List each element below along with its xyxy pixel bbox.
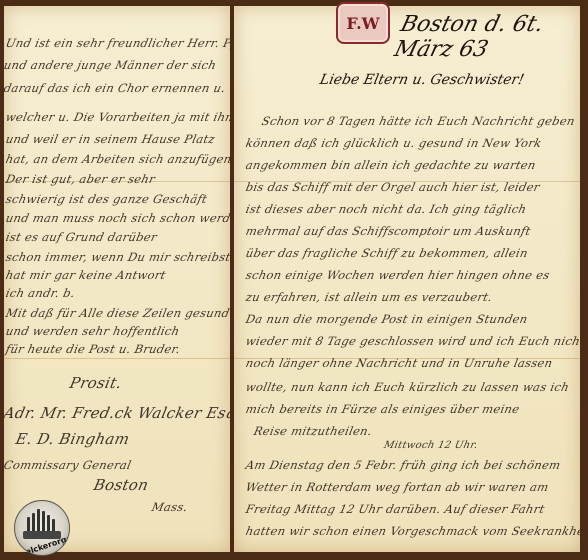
- handwriting-line: wollte, nun kann ich Euch kürzlich zu la…: [245, 380, 571, 394]
- address-line: E. D. Bingham: [14, 430, 131, 448]
- handwriting-line: und man muss noch sich schon werden: [5, 211, 230, 225]
- organ-pipes-icon: [27, 509, 57, 531]
- letter-date: Boston d. 6t. März 63: [392, 12, 588, 62]
- handwriting-line: wieder mit 8 Tage geschlossen wird und i…: [245, 334, 580, 348]
- handwriting-line: mich bereits in Fürze als einiges über m…: [245, 402, 521, 416]
- handwriting-line: und andere junge Männer der sich: [4, 58, 218, 72]
- handwriting-line: Am Dienstag den 5 Febr. früh ging ich be…: [245, 458, 562, 472]
- monogram-text: F.W: [346, 14, 379, 33]
- handwriting-line: Und ist ein sehr freundlicher Herr. Pfei…: [5, 36, 230, 50]
- letter-greeting: Liebe Eltern u. Geschwister!: [318, 72, 525, 88]
- handwriting-line: Mittwoch 12 Uhr.: [383, 440, 479, 451]
- handwriting-line: hatten wir schon einen Vorgeschmack vom …: [245, 524, 580, 538]
- handwriting-line: für heute die Post u. Bruder.: [5, 342, 182, 356]
- handwriting-line: bis das Schiff mit der Orgel auch hier i…: [245, 180, 542, 194]
- address-line: Adr. Mr. Fred.ck Walcker Esq.: [4, 404, 230, 422]
- handwriting-line: noch länger ohne Nachricht und in Unruhe…: [245, 356, 554, 370]
- handwriting-line: Schon vor 8 Tagen hätte ich Euch Nachric…: [261, 114, 577, 128]
- handwriting-line: über das fragliche Schiff zu bekommen, a…: [245, 246, 530, 260]
- handwriting-line: schon einige Wochen werden hier hingen o…: [245, 268, 552, 282]
- handwriting-line: und werden sehr hoffentlich: [5, 324, 181, 338]
- monogram-stamp: F.W: [336, 2, 390, 44]
- letter-left-page: Und ist ein sehr freundlicher Herr. Pfei…: [4, 6, 230, 552]
- handwriting-line: ich andr. b.: [5, 286, 77, 300]
- address-line: Boston: [92, 476, 150, 494]
- handwriting-line: und weil er in seinem Hause Platz: [5, 132, 217, 146]
- handwriting-line: ist dieses aber noch nicht da. Ich ging …: [245, 202, 528, 216]
- fold-line: [4, 358, 230, 359]
- handwriting-line: Wetter in Rotterdam weg fortan ab wir wa…: [245, 480, 551, 494]
- handwriting-line: angekommen bin allein ich gedachte zu wa…: [245, 158, 538, 172]
- address-line: Prosit.: [68, 374, 124, 392]
- address-line: Mass.: [151, 500, 190, 514]
- handwriting-line: Freitag Mittag 12 Uhr darüben. Auf diese…: [245, 502, 547, 516]
- organ-logo-icon: walckerorgel.de: [14, 500, 70, 556]
- handwriting-line: ist es auf Grund darüber: [5, 230, 159, 244]
- handwriting-line: Da nun die morgende Post in einigen Stun…: [245, 312, 530, 326]
- handwriting-line: Der ist gut, aber er sehr: [5, 172, 157, 186]
- handwriting-line: Reise mitzutheilen.: [253, 424, 374, 438]
- handwriting-line: hat mir gar keine Antwort: [5, 268, 168, 282]
- handwriting-line: Mit daß für Alle diese Zeilen gesund: [5, 306, 230, 320]
- handwriting-line: zu erfahren, ist allein um es verzaubert…: [245, 290, 494, 304]
- handwriting-line: mehrmal auf das Schiffscomptoir um Ausku…: [245, 224, 533, 238]
- handwriting-line: schon immer, wenn Du mir schreibst: [5, 250, 230, 264]
- handwriting-line: können daß ich glücklich u. gesund in Ne…: [245, 136, 544, 150]
- handwriting-line: welcher u. Die Vorarbeiten ja mit ihm: [5, 110, 230, 124]
- handwriting-line: darauf das ich ein Chor ernennen u.: [4, 81, 227, 95]
- handwriting-line: hat, an dem Arbeiten sich anzufügen: [5, 152, 230, 166]
- address-line: Commissary General: [4, 458, 133, 472]
- handwriting-line: schwierig ist des ganze Geschäft: [5, 192, 209, 206]
